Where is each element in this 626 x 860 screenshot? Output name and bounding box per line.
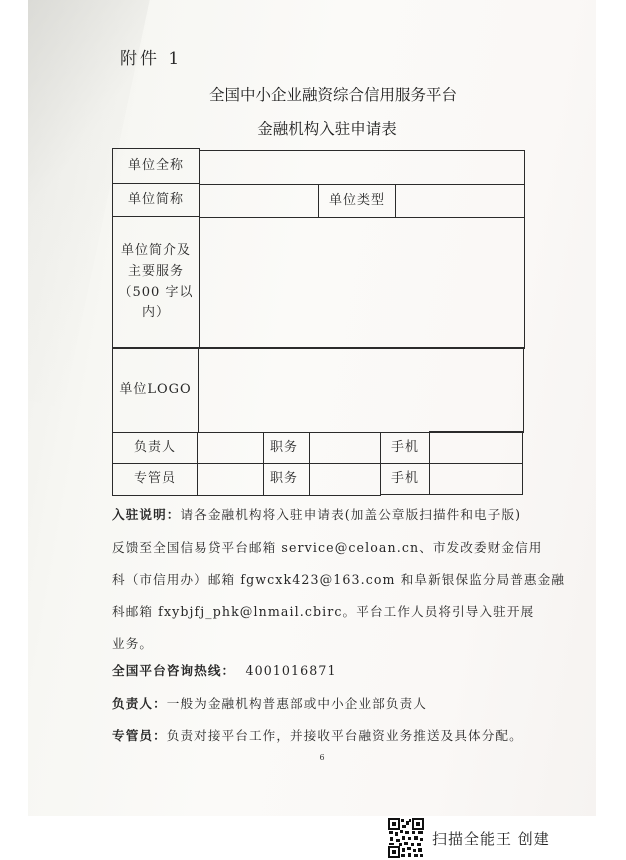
label-text: 单位类型 [329,191,385,212]
responsible-position-field[interactable] [309,432,381,464]
instructions-line-3: 科（市信用办）邮箱 fgwcxk423@163.com 和阜新银保监分局普惠金融 [112,569,552,588]
document-subtitle: 金融机构入驻申请表 [28,117,596,139]
responsible-note: 负责人：一般为金融机构普惠部或中小企业部负责人 [112,693,552,712]
hotline-number: 4001016871 [245,663,336,678]
label-text: 手机 [391,438,419,459]
label-text: 单位全称 [128,156,184,177]
instructions-heading: 入驻说明： [112,507,180,522]
manager-note-text: 负责对接平台工作，并接收平台融资业务推送及具体分配。 [167,728,523,743]
attachment-label: 附件 1 [120,44,182,69]
manager-name-field[interactable] [197,463,264,496]
scanner-watermark: 扫描全能王 创建 [388,818,550,858]
logo-field[interactable] [198,347,524,433]
short-name-field[interactable] [199,184,319,218]
org-type-field[interactable] [395,184,525,218]
label-text: （500 字以 [119,283,194,304]
label-phone: 手机 [380,432,430,464]
introduction-field[interactable] [199,217,525,349]
full-name-field[interactable] [199,150,525,185]
qr-code-icon [388,818,424,858]
label-org-type: 单位类型 [318,184,396,218]
instructions-line-1: 入驻说明：请各金融机构将入驻申请表(加盖公章版扫描件和电子版) [112,504,552,523]
label-full-name: 单位全称 [112,148,200,184]
page-number: 6 [28,753,596,762]
label-text: 单位LOGO [119,380,191,401]
label-text: 手机 [391,469,419,490]
responsible-name-field[interactable] [197,432,264,464]
label-text: 主要服务 [128,262,184,283]
document-title: 全国中小企业融资综合信用服务平台 [28,83,596,105]
label-position: 职务 [263,463,310,496]
label-phone: 手机 [380,463,430,495]
instructions-line-2: 反馈至全国信易贷平台邮箱 service@celoan.cn、市发改委财金信用 [112,537,552,556]
instructions-line-4: 科邮箱 fxybjfj_phk@lnmail.cbirc。平台工作人员将引导入驻… [112,601,552,620]
label-text: 单位简称 [128,190,184,211]
label-short-name: 单位简称 [112,183,200,217]
responsible-note-label: 负责人： [112,696,167,711]
label-logo: 单位LOGO [112,347,199,433]
scanned-page: 附件 1 全国中小企业融资综合信用服务平台 金融机构入驻申请表 单位全称 单位简… [28,0,596,816]
watermark-text: 扫描全能王 创建 [432,828,550,849]
label-text: 职务 [270,438,298,459]
manager-phone-field[interactable] [429,463,523,495]
responsible-phone-field[interactable] [429,431,523,464]
label-text: 单位简介及 [121,241,191,262]
label-text: 专管员 [134,469,176,490]
label-text: 负责人 [134,438,176,459]
manager-note-label: 专管员： [112,728,167,743]
hotline-label: 全国平台咨询热线： [112,663,235,678]
instructions-text: 请各金融机构将入驻申请表(加盖公章版扫描件和电子版) [180,507,521,522]
label-position: 职务 [263,432,310,464]
label-introduction: 单位简介及 主要服务 （500 字以 内） [112,216,200,349]
instructions-line-5: 业务。 [112,633,552,652]
label-responsible-person: 负责人 [112,432,198,464]
label-text: 内） [142,303,170,324]
label-account-manager: 专管员 [112,463,198,496]
manager-note: 专管员：负责对接平台工作，并接收平台融资业务推送及具体分配。 [112,725,552,744]
hotline-line: 全国平台咨询热线： 4001016871 [112,660,552,679]
label-text: 职务 [270,469,298,490]
manager-position-field[interactable] [309,463,381,496]
responsible-note-text: 一般为金融机构普惠部或中小企业部负责人 [167,696,427,711]
